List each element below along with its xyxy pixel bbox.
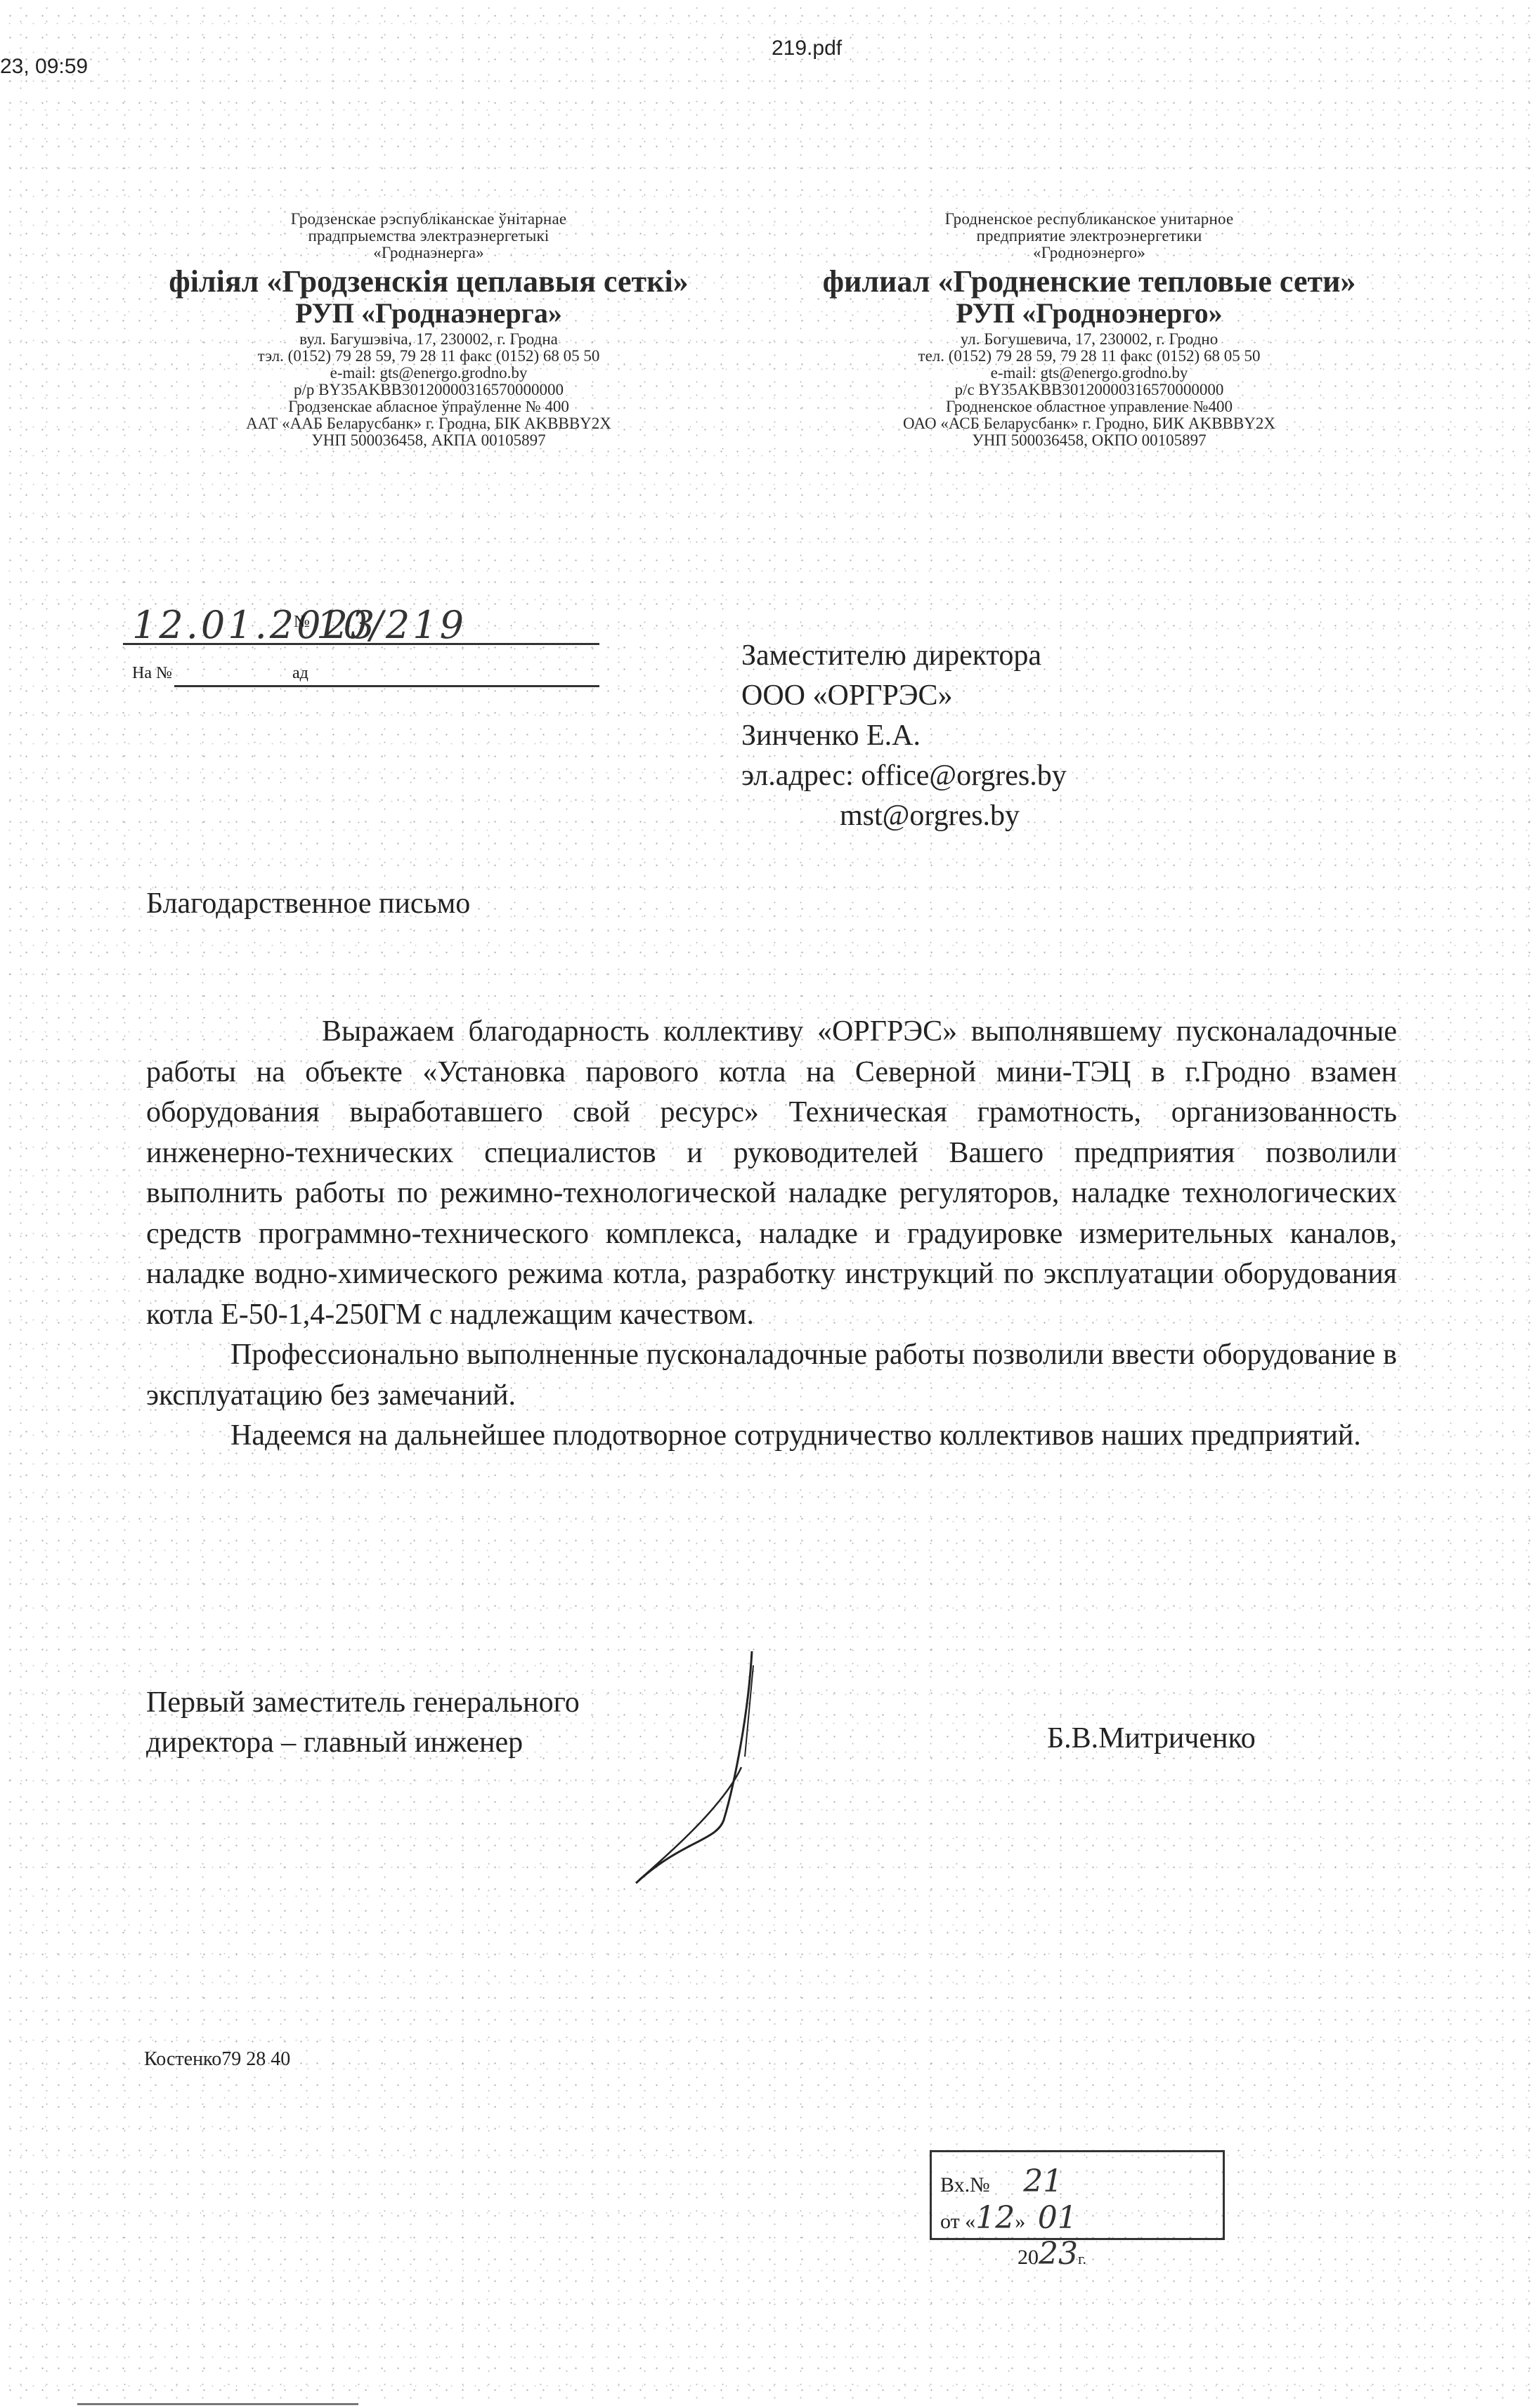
signatory-name: Б.В.Митриченко: [1047, 1722, 1256, 1755]
recipient-block: Заместителю директора ООО «ОРГРЭС» Зинче…: [741, 636, 1067, 836]
scan-filename: 219.pdf: [772, 37, 842, 60]
recipient-email-2: mst@orgres.by: [741, 796, 1067, 836]
stamp-year-prefix: 20: [1018, 2246, 1039, 2269]
letterhead-right: Гродненское республиканское унитарное пр…: [808, 211, 1370, 450]
lh-right-branch: филиал «Гродненские тепловые сети»: [808, 266, 1370, 298]
stamp-number-label: Вх.№: [940, 2173, 990, 2197]
lh-right-company: РУП «Гродноэнерго»: [808, 299, 1370, 328]
lh-right-address: ул. Богушевича, 17, 230002, г. Гродно: [808, 331, 1370, 348]
reply-from-underline: [311, 685, 599, 687]
incoming-stamp: Вх.№ 21 от «12» 01 2023г.: [930, 2150, 1225, 2240]
recipient-email-1: эл.адрес: office@orgres.by: [741, 756, 1067, 796]
ref-number-label: №: [294, 613, 310, 632]
stamp-number-row: Вх.№ 21: [940, 2163, 1062, 2199]
stamp-day: 12: [975, 2200, 1015, 2236]
lh-left-org-3: «Гроднаэнерга»: [151, 245, 706, 261]
ref-number-underline: [311, 643, 599, 645]
lh-left-bank-dept: Гродзенскае абласное ўпраўленне № 400: [151, 398, 706, 415]
stamp-date-mid: »: [1015, 2210, 1025, 2233]
stamp-date-prefix: от «: [940, 2210, 975, 2233]
signatory-title-line-2: директора – главный инженер: [146, 1723, 580, 1763]
lh-right-account: р/с BY35AKBB30120000316570000000: [808, 382, 1370, 398]
body-paragraph-3: Надеемся на дальнейшее плодотворное сотр…: [146, 1416, 1397, 1457]
body-paragraph-1: Выражаем благодарность коллективу «ОРГРЭ…: [146, 1012, 1397, 1335]
scan-timestamp: 23, 09:59: [0, 55, 88, 79]
lh-left-org-2: прадпрыемства электраэнергетыкі: [151, 228, 706, 245]
lh-right-email: e-mail: gts@energo.grodno.by: [808, 365, 1370, 382]
lh-left-org-1: Гродзенскае рэспубліканскае ўнітарнае: [151, 211, 706, 228]
ref-number: 10/219: [316, 603, 467, 647]
reply-to-label: На №: [132, 664, 172, 683]
stamp-year-suffix: 23: [1039, 2236, 1078, 2272]
lh-right-org-1: Гродненское республиканское унитарное: [808, 211, 1370, 228]
lh-right-ids: УНП 500036458, ОКПО 00105897: [808, 432, 1370, 449]
recipient-name: Зинченко Е.А.: [741, 716, 1067, 756]
lh-right-bank: ОАО «АСБ Беларусбанк» г. Гродно, БИК AKB…: [808, 415, 1370, 432]
lh-left-ids: УНП 500036458, АКПА 00105897: [151, 432, 706, 449]
executor-note: Костенко79 28 40: [144, 2048, 290, 2071]
stamp-number: 21: [1023, 2163, 1062, 2199]
letterhead-left: Гродзенскае рэспубліканскае ўнітарнае пр…: [151, 211, 706, 450]
reply-from-label: ад: [292, 664, 308, 683]
signatory-title: Первый заместитель генерального директор…: [146, 1683, 580, 1763]
handwritten-signature-icon: [604, 1630, 885, 1904]
lh-right-phone: тел. (0152) 79 28 59, 79 28 11 факс (015…: [808, 348, 1370, 365]
body-paragraph-2: Профессионально выполненные пусконаладоч…: [146, 1335, 1397, 1416]
lh-left-company: РУП «Гроднаэнерга»: [151, 299, 706, 328]
lh-right-org-2: предприятие электроэнергетики: [808, 228, 1370, 245]
bottom-edge-line: [77, 2403, 358, 2405]
lh-left-phone: тэл. (0152) 79 28 59, 79 28 11 факс (015…: [151, 348, 706, 365]
lh-left-branch: філіял «Гродзенскія цеплавыя сеткі»: [151, 266, 706, 298]
stamp-year-unit: г.: [1078, 2250, 1086, 2267]
stamp-month: 01: [1038, 2200, 1077, 2236]
lh-left-account: р/р BY35AKBB30120000316570000000: [151, 382, 706, 398]
lh-left-bank: ААТ «ААБ Беларусбанк» г. Гродна, БІК AKB…: [151, 415, 706, 432]
lh-right-org-3: «Гродноэнерго»: [808, 245, 1370, 261]
lh-left-address: вул. Багушэвіча, 17, 230002, г. Гродна: [151, 331, 706, 348]
lh-right-bank-dept: Гродненское областное управление №400: [808, 398, 1370, 415]
stamp-date-row: от «12» 01 2023г.: [940, 2200, 1223, 2272]
lh-left-email: e-mail: gts@energo.grodno.by: [151, 365, 706, 382]
recipient-organization: ООО «ОРГРЭС»: [741, 676, 1067, 716]
letter-body: Выражаем благодарность коллективу «ОРГРЭ…: [146, 1012, 1397, 1457]
signatory-title-line-1: Первый заместитель генерального: [146, 1683, 580, 1723]
document-title: Благодарственное письмо: [146, 887, 470, 920]
recipient-position: Заместителю директора: [741, 636, 1067, 676]
